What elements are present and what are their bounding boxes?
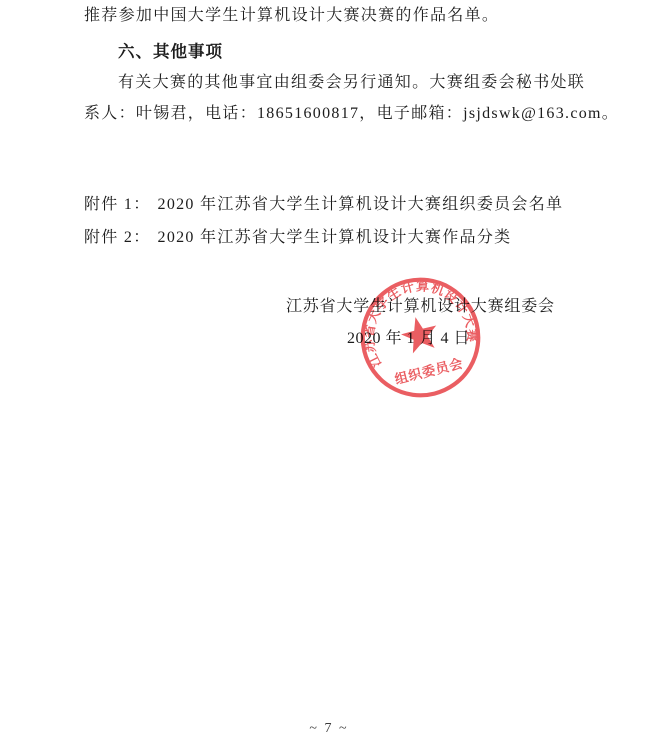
document-page: 推荐参加中国大学生计算机设计大赛决赛的作品名单。 六、其他事项 有关大赛的其他事… xyxy=(0,0,658,746)
seal-arc-text: 江苏省大学生计算机设计大赛 xyxy=(349,266,483,372)
section-heading: 六、其他事项 xyxy=(118,42,223,62)
paragraph-continuation-line: 推荐参加中国大学生计算机设计大赛决赛的作品名单。 xyxy=(84,6,499,26)
attachment-2-title: 2020 年江苏省大学生计算机设计大赛作品分类 xyxy=(158,229,512,246)
signature-organization: 江苏省大学生计算机设计大赛组委会 xyxy=(286,297,555,317)
body-text-line-2: 系人：叶锡君，电话：18651600817，电子邮箱：jsjdswk@163.c… xyxy=(84,104,619,124)
attachment-1-title: 2020 年江苏省大学生计算机设计大赛组织委员会名单 xyxy=(158,196,564,213)
body-text-line-1: 有关大赛的其他事宜由组委会另行通知。大赛组委会秘书处联 xyxy=(118,73,585,93)
attachment-1-label: 附件 1： xyxy=(84,196,151,213)
signature-date: 2020 年 1 月 4 日 xyxy=(347,329,470,349)
seal-bottom-text: 组织委员会 xyxy=(393,355,465,387)
page-number: ~ 7 ~ xyxy=(0,721,658,737)
attachment-line-2: 附件 2：2020 年江苏省大学生计算机设计大赛作品分类 xyxy=(84,228,511,248)
attachment-line-1: 附件 1：2020 年江苏省大学生计算机设计大赛组织委员会名单 xyxy=(84,195,563,215)
seal-arc-path xyxy=(364,281,471,369)
attachment-2-label: 附件 2： xyxy=(84,229,151,246)
